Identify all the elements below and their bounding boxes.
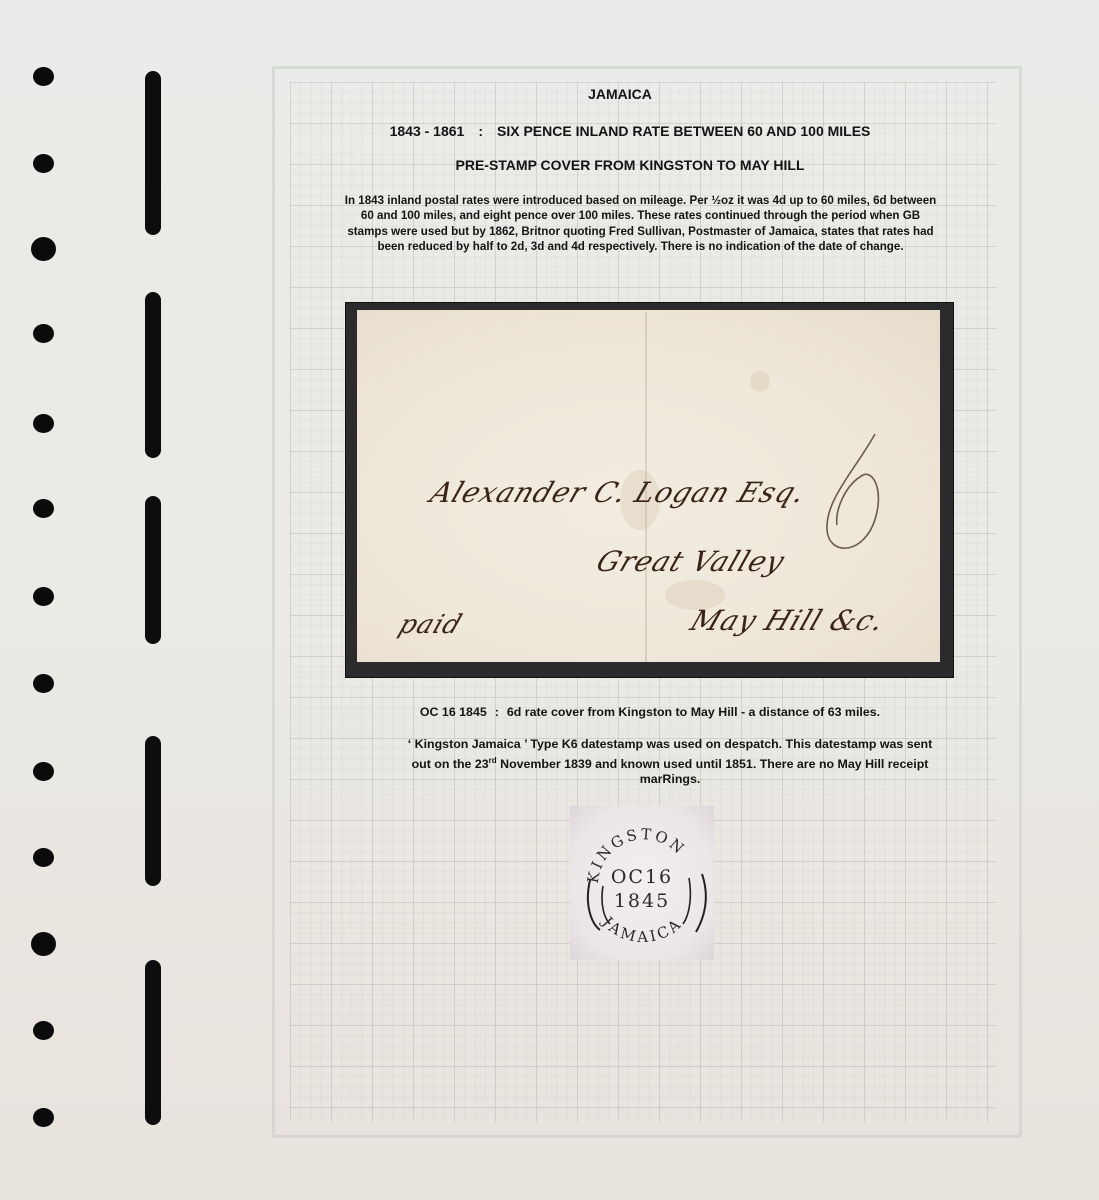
separator: : [478,123,483,139]
binder-hole [33,762,54,781]
ordinal-suffix: rd [489,756,497,765]
note-line: marRings. [370,772,970,788]
cover-caption: OC 16 1845:6d rate cover from Kingston t… [330,705,970,719]
binder-hole [33,674,54,693]
note-line: ‘ Kingston Jamaica ’ Type K6 datestamp w… [370,737,970,753]
page-subtitle: 1843 - 1861:SIX PENCE INLAND RATE BETWEE… [330,123,930,139]
note-text: November 1839 and known used until 1851.… [497,757,929,771]
intro-line: 60 and 100 miles, and eight pence over 1… [318,208,963,223]
binder-slot [145,496,161,644]
binder-slot [145,292,161,458]
note-text: out on the 23 [412,757,489,771]
datestamp-date: OC16 [570,866,714,888]
datestamp-note: ‘ Kingston Jamaica ’ Type K6 datestamp w… [370,737,970,788]
subtitle-text: SIX PENCE INLAND RATE BETWEEN 60 AND 100… [497,123,870,139]
paper-stain [750,370,770,392]
intro-line: been reduced by half to 2d, 3d and 4d re… [318,239,963,254]
binder-slot [145,71,161,235]
binder-hole [33,499,54,518]
binder-hole [33,154,54,173]
datestamp-year: 1845 [570,890,714,912]
svg-text:JAMAICA: JAMAICA [597,912,686,946]
binder-hole [33,1021,54,1040]
binder-hole [31,932,56,956]
address-line-2: Great Valley [592,545,790,578]
binder-hole [33,324,54,343]
address-line-3: May Hill &c. [686,604,890,637]
note-line: out on the 23rd November 1839 and known … [370,753,970,773]
period: 1843 - 1861 [390,123,465,139]
binder-slot [145,736,161,886]
binder-hole [33,414,54,433]
intro-line: In 1843 inland postal rates were introdu… [318,193,963,208]
datestamp-bottom-text: JAMAICA [597,912,686,946]
page-title: JAMAICA [290,86,950,102]
address-line-1: Alexander C. Logan Esq. [426,476,811,509]
binder-hole [33,848,54,867]
rate-6-manuscript-icon [815,430,889,560]
binder-hole [31,237,56,261]
separator: : [495,705,499,719]
paid-manuscript: paid [395,610,467,640]
intro-paragraph: In 1843 inland postal rates were introdu… [318,193,963,254]
intro-line: stamps were used but by 1862, Britnor qu… [318,224,963,239]
binder-hole [33,67,54,86]
caption-description: 6d rate cover from Kingston to May Hill … [507,705,880,719]
binder-hole [33,1108,54,1127]
cover-heading: PRE-STAMP COVER FROM KINGSTON TO MAY HIL… [330,157,930,173]
caption-date: OC 16 1845 [420,705,487,719]
datestamp-enlargement: KINGSTON JAMAICA OC16 1845 [570,806,714,960]
binder-slot [145,960,161,1125]
binder-hole [33,587,54,606]
